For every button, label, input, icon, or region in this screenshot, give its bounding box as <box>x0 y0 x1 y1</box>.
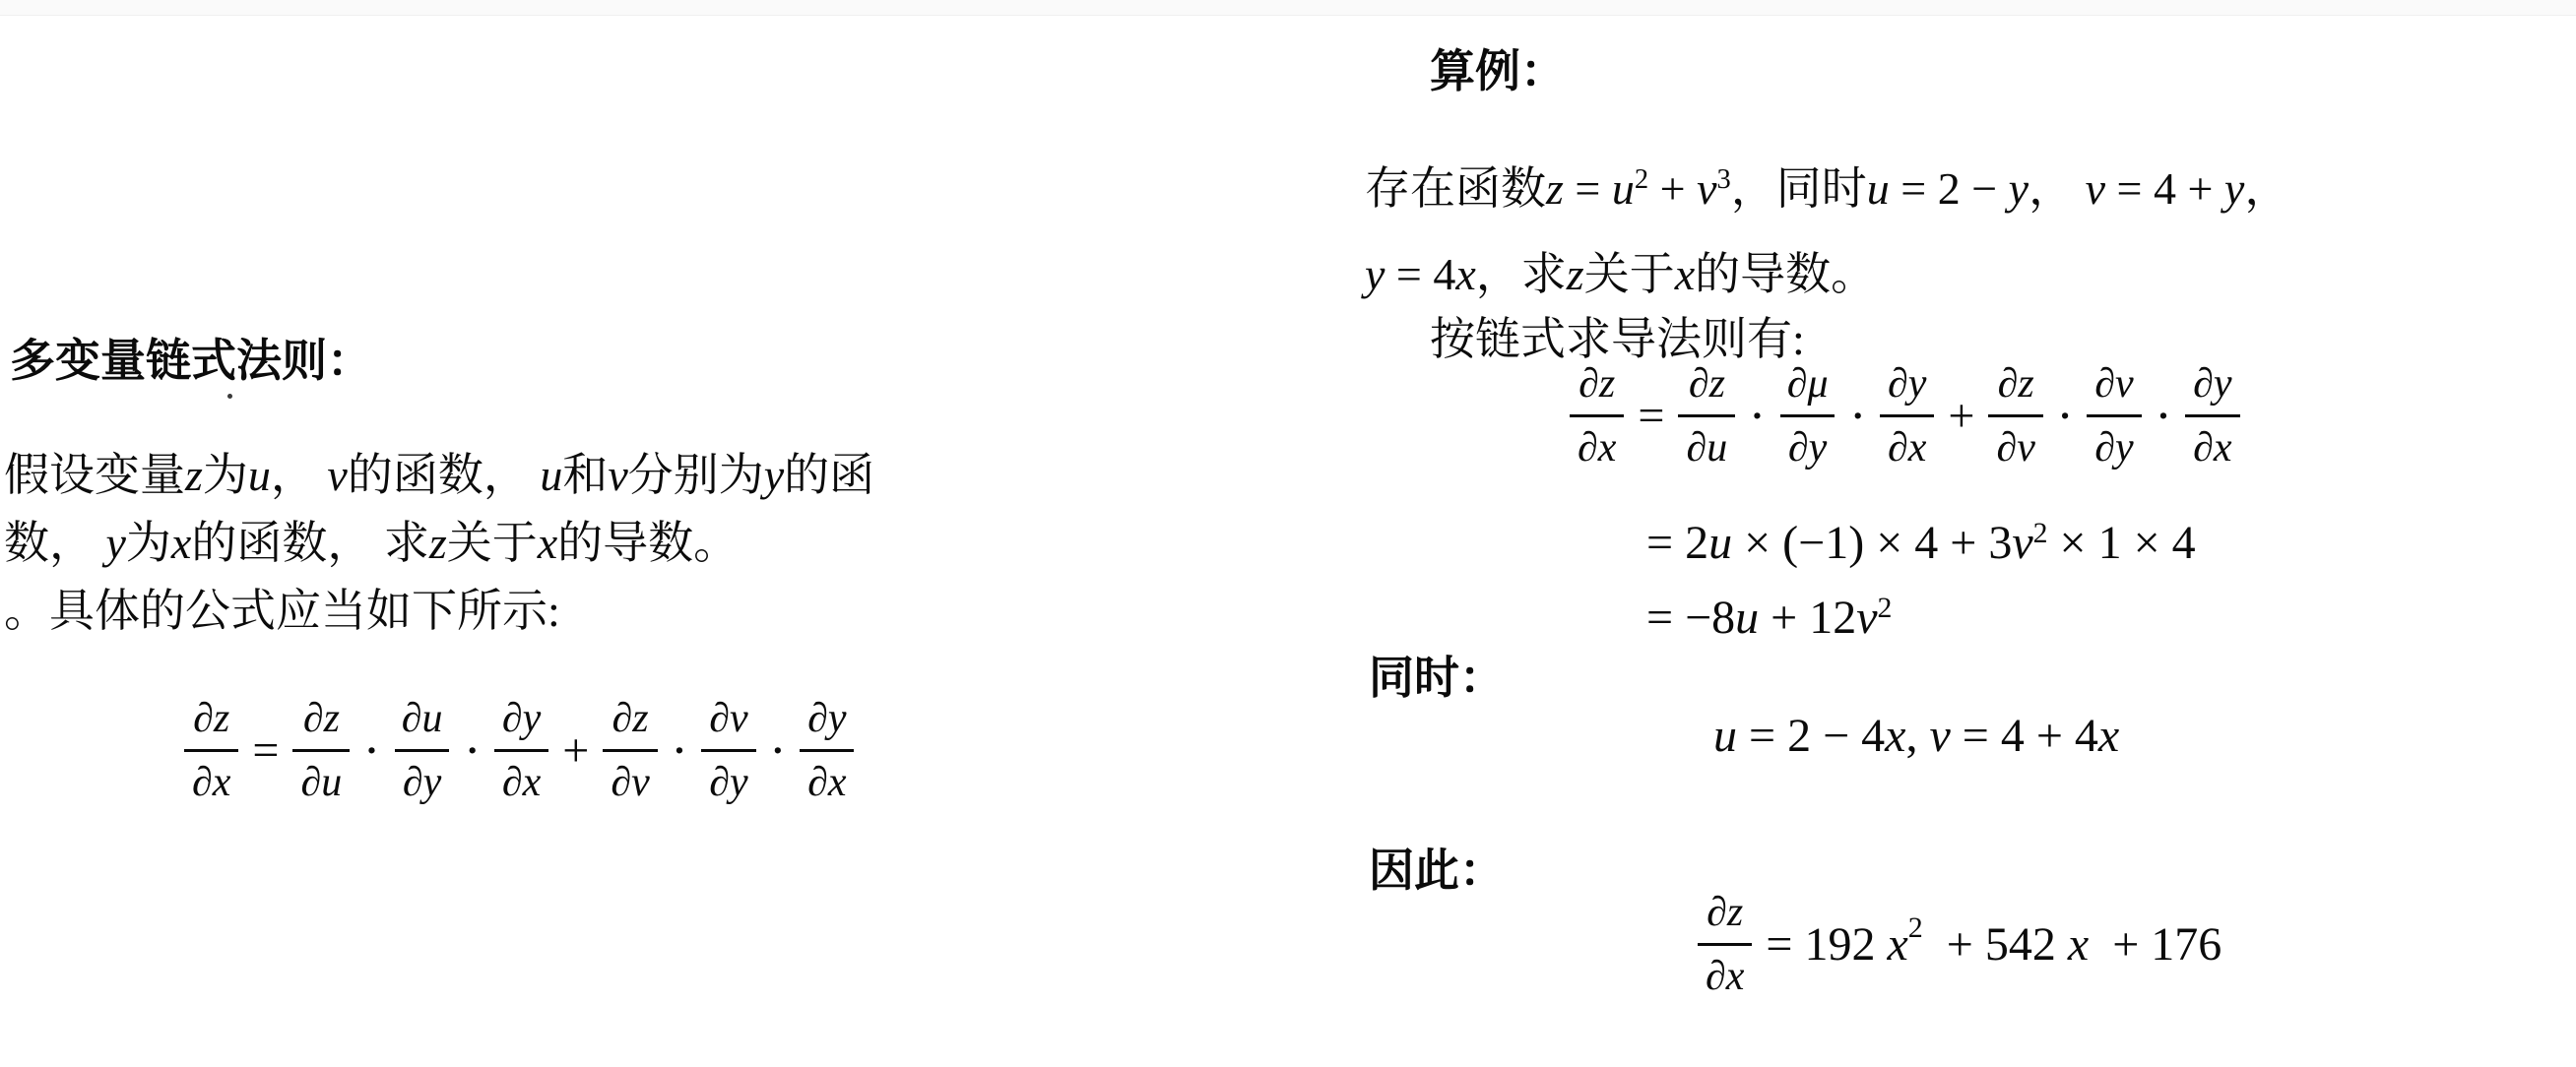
left-paragraph-line: 数， y为x的函数， 求z关于x的导数。 <box>4 509 874 577</box>
fraction: ∂μ∂y <box>1779 362 1836 470</box>
fraction-numerator: ∂z <box>605 697 657 749</box>
final-result-formula: ∂z∂x= 192x2 + 542x + 176 <box>1696 891 2233 998</box>
left-chain-rule-formula: ∂z∂x=∂z∂u⋅∂u∂y⋅∂y∂x+∂z∂v⋅∂v∂y⋅∂y∂x <box>182 697 856 804</box>
fraction-denominator: ∂x <box>1880 414 1934 470</box>
example-paragraph-line: 存在函数z = u2 + v3，同时u = 2 − y， v = 4 + y， <box>1365 150 2289 235</box>
fraction-denominator: ∂x <box>800 749 854 804</box>
left-heading: 多变量链式法则： <box>10 325 372 390</box>
fraction: ∂v∂y <box>2087 362 2141 470</box>
fraction-numerator: ∂z <box>1681 362 1733 414</box>
simultaneously-heading: 同时： <box>1369 642 1505 707</box>
fraction-denominator: ∂x <box>1698 943 1752 998</box>
fraction-denominator: ∂x <box>184 749 238 804</box>
fraction-numerator: ∂v <box>2087 362 2141 414</box>
fraction: ∂y∂x <box>1880 362 1934 470</box>
left-paragraph-line: 。具体的公式应当如下所示: <box>4 577 874 645</box>
fraction-denominator: ∂y <box>2087 414 2141 470</box>
fraction: ∂v∂y <box>701 697 755 804</box>
fraction-numerator: ∂y <box>800 697 854 749</box>
slide-canvas: 多变量链式法则： 假设变量z为u， v的函数， u和v分别为y的函 数， y为x… <box>0 0 2576 1067</box>
fraction-numerator: ∂μ <box>1779 362 1836 414</box>
fraction-numerator: ∂y <box>1880 362 1934 414</box>
example-paragraph-line: y = 4x，求z关于x的导数。 <box>1365 235 2289 314</box>
fraction: ∂z∂v <box>603 697 657 804</box>
fraction-numerator: ∂u <box>394 697 451 749</box>
fraction-numerator: ∂z <box>1699 891 1751 943</box>
fraction-denominator: ∂x <box>494 749 548 804</box>
stray-dot <box>227 394 232 399</box>
fraction: ∂u∂y <box>394 697 451 804</box>
fraction: ∂z∂u <box>292 697 350 804</box>
fraction-denominator: ∂y <box>395 749 449 804</box>
fraction-numerator: ∂y <box>494 697 548 749</box>
derivation-step-1: = 2u × (−1) × 4 + 3v2 × 1 × 4 <box>1646 516 2196 570</box>
fraction-denominator: ∂u <box>1678 414 1735 470</box>
fraction: ∂y∂x <box>494 697 548 804</box>
fraction: ∂z∂x <box>184 697 238 804</box>
fraction: ∂z∂x <box>1698 891 1752 998</box>
fraction: ∂y∂x <box>2185 362 2239 470</box>
fraction-numerator: ∂y <box>2185 362 2239 414</box>
example-chain-rule-formula: ∂z∂x=∂z∂u⋅∂μ∂y⋅∂y∂x+∂z∂v⋅∂v∂y⋅∂y∂x <box>1568 362 2242 470</box>
fraction: ∂z∂v <box>1988 362 2042 470</box>
left-paragraph: 假设变量z为u， v的函数， u和v分别为y的函 数， y为x的函数， 求z关于… <box>4 441 874 645</box>
fraction-numerator: ∂z <box>1571 362 1623 414</box>
fraction-denominator: ∂x <box>2185 414 2239 470</box>
top-strip <box>0 0 2576 16</box>
fraction-denominator: ∂u <box>292 749 350 804</box>
fraction-numerator: ∂v <box>701 697 755 749</box>
fraction-numerator: ∂z <box>295 697 348 749</box>
fraction: ∂z∂u <box>1678 362 1735 470</box>
fraction-denominator: ∂y <box>1780 414 1835 470</box>
fraction-numerator: ∂z <box>185 697 237 749</box>
example-heading: 算例： <box>1430 35 1566 100</box>
example-paragraph: 存在函数z = u2 + v3，同时u = 2 − y， v = 4 + y， … <box>1365 150 2289 314</box>
fraction-denominator: ∂x <box>1570 414 1624 470</box>
derivation-step-2: = −8u + 12v2 <box>1646 591 1892 645</box>
left-paragraph-line: 假设变量z为u， v的函数， u和v分别为y的函 <box>4 441 874 509</box>
fraction-denominator: ∂v <box>603 749 657 804</box>
fraction-denominator: ∂v <box>1988 414 2042 470</box>
fraction: ∂y∂x <box>800 697 854 804</box>
fraction: ∂z∂x <box>1570 362 1624 470</box>
therefore-heading: 因此： <box>1369 835 1505 900</box>
chain-rule-label: 按链式求导法则有: <box>1430 303 1805 368</box>
substitution-equation: u = 2 − 4x, v = 4 + 4x <box>1713 709 2119 763</box>
fraction-numerator: ∂z <box>1990 362 2042 414</box>
fraction-denominator: ∂y <box>701 749 755 804</box>
